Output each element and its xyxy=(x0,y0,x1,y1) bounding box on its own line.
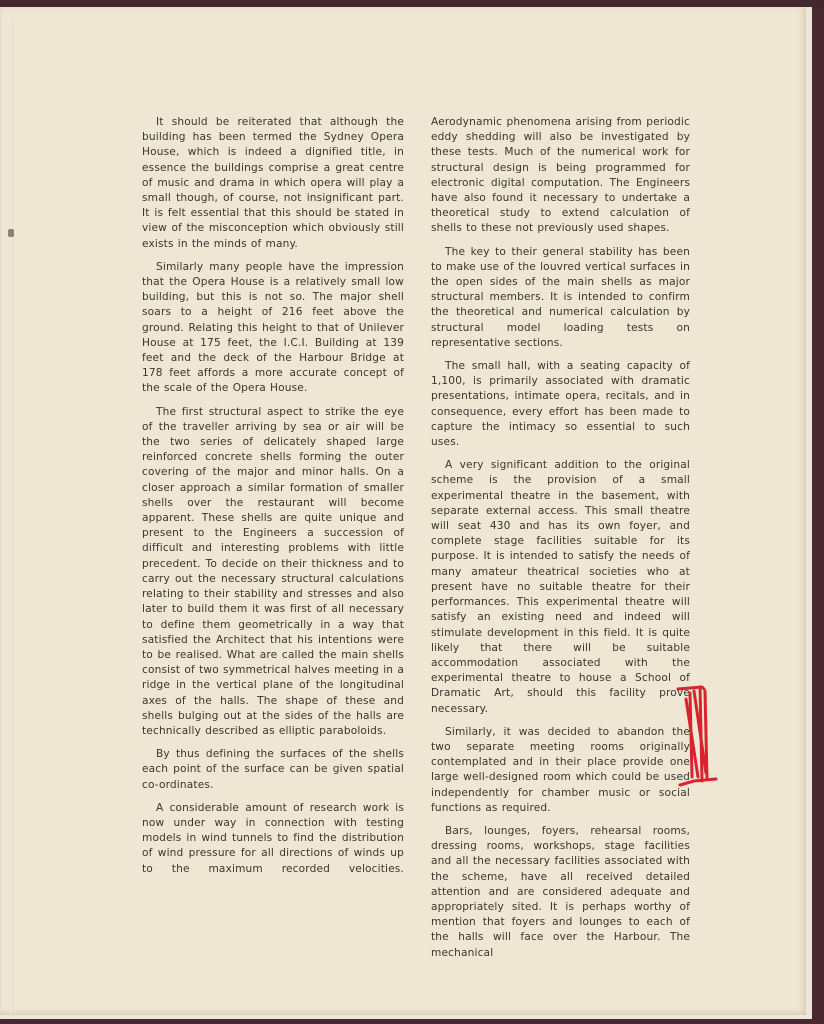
paragraph: A very significant addition to the origi… xyxy=(431,458,690,716)
paragraph: Aerodynamic phenomena arising from perio… xyxy=(431,115,690,237)
paragraph: Similarly many people have the impressio… xyxy=(142,260,404,397)
paragraph: The key to their general stability has b… xyxy=(431,245,690,351)
binding-stitch-mark xyxy=(8,229,14,237)
binding-crease xyxy=(11,17,13,1017)
left-text-column: It should be reiterated that although th… xyxy=(142,115,404,877)
paragraph: Similarly, it was decided to abandon the… xyxy=(431,725,690,816)
paragraph: The first structural aspect to strike th… xyxy=(142,405,404,739)
paragraph: By thus defining the surfaces of the she… xyxy=(142,747,404,793)
paragraph: A considerable amount of research work i… xyxy=(142,801,404,877)
paragraph: It should be reiterated that although th… xyxy=(142,115,404,252)
paragraph: Bars, lounges, foyers, rehearsal rooms, … xyxy=(431,824,690,961)
right-text-column: Aerodynamic phenomena arising from perio… xyxy=(431,115,690,961)
red-pen-annotation-icon xyxy=(672,681,724,789)
paragraph: The small hall, with a seating capacity … xyxy=(431,359,690,450)
